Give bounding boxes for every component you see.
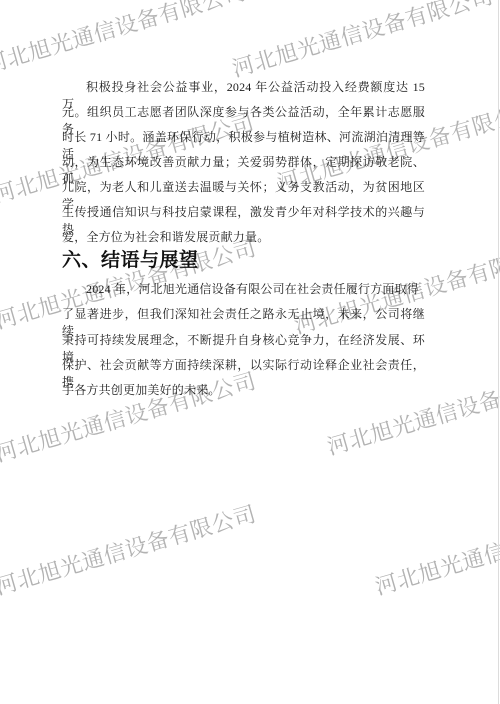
document-page: 积极投身社会公益事业，2024 年公益活动投入经费额度达 15 万 元。组织员工… — [0, 0, 500, 704]
document-body: 积极投身社会公益事业，2024 年公益活动投入经费额度达 15 万 元。组织员工… — [62, 0, 425, 704]
section-heading: 六、结语与展望 — [62, 250, 199, 272]
scan-edge-artifact — [498, 0, 499, 704]
paragraph-line: 2024 年，河北旭光通信设备有限公司在社会责任履行方面取得 — [62, 281, 425, 298]
paragraph-line: 爱，全方位为社会和谐发展贡献力量。 — [62, 229, 425, 246]
paragraph-line: 手各方共创更加美好的未来。 — [62, 382, 425, 399]
